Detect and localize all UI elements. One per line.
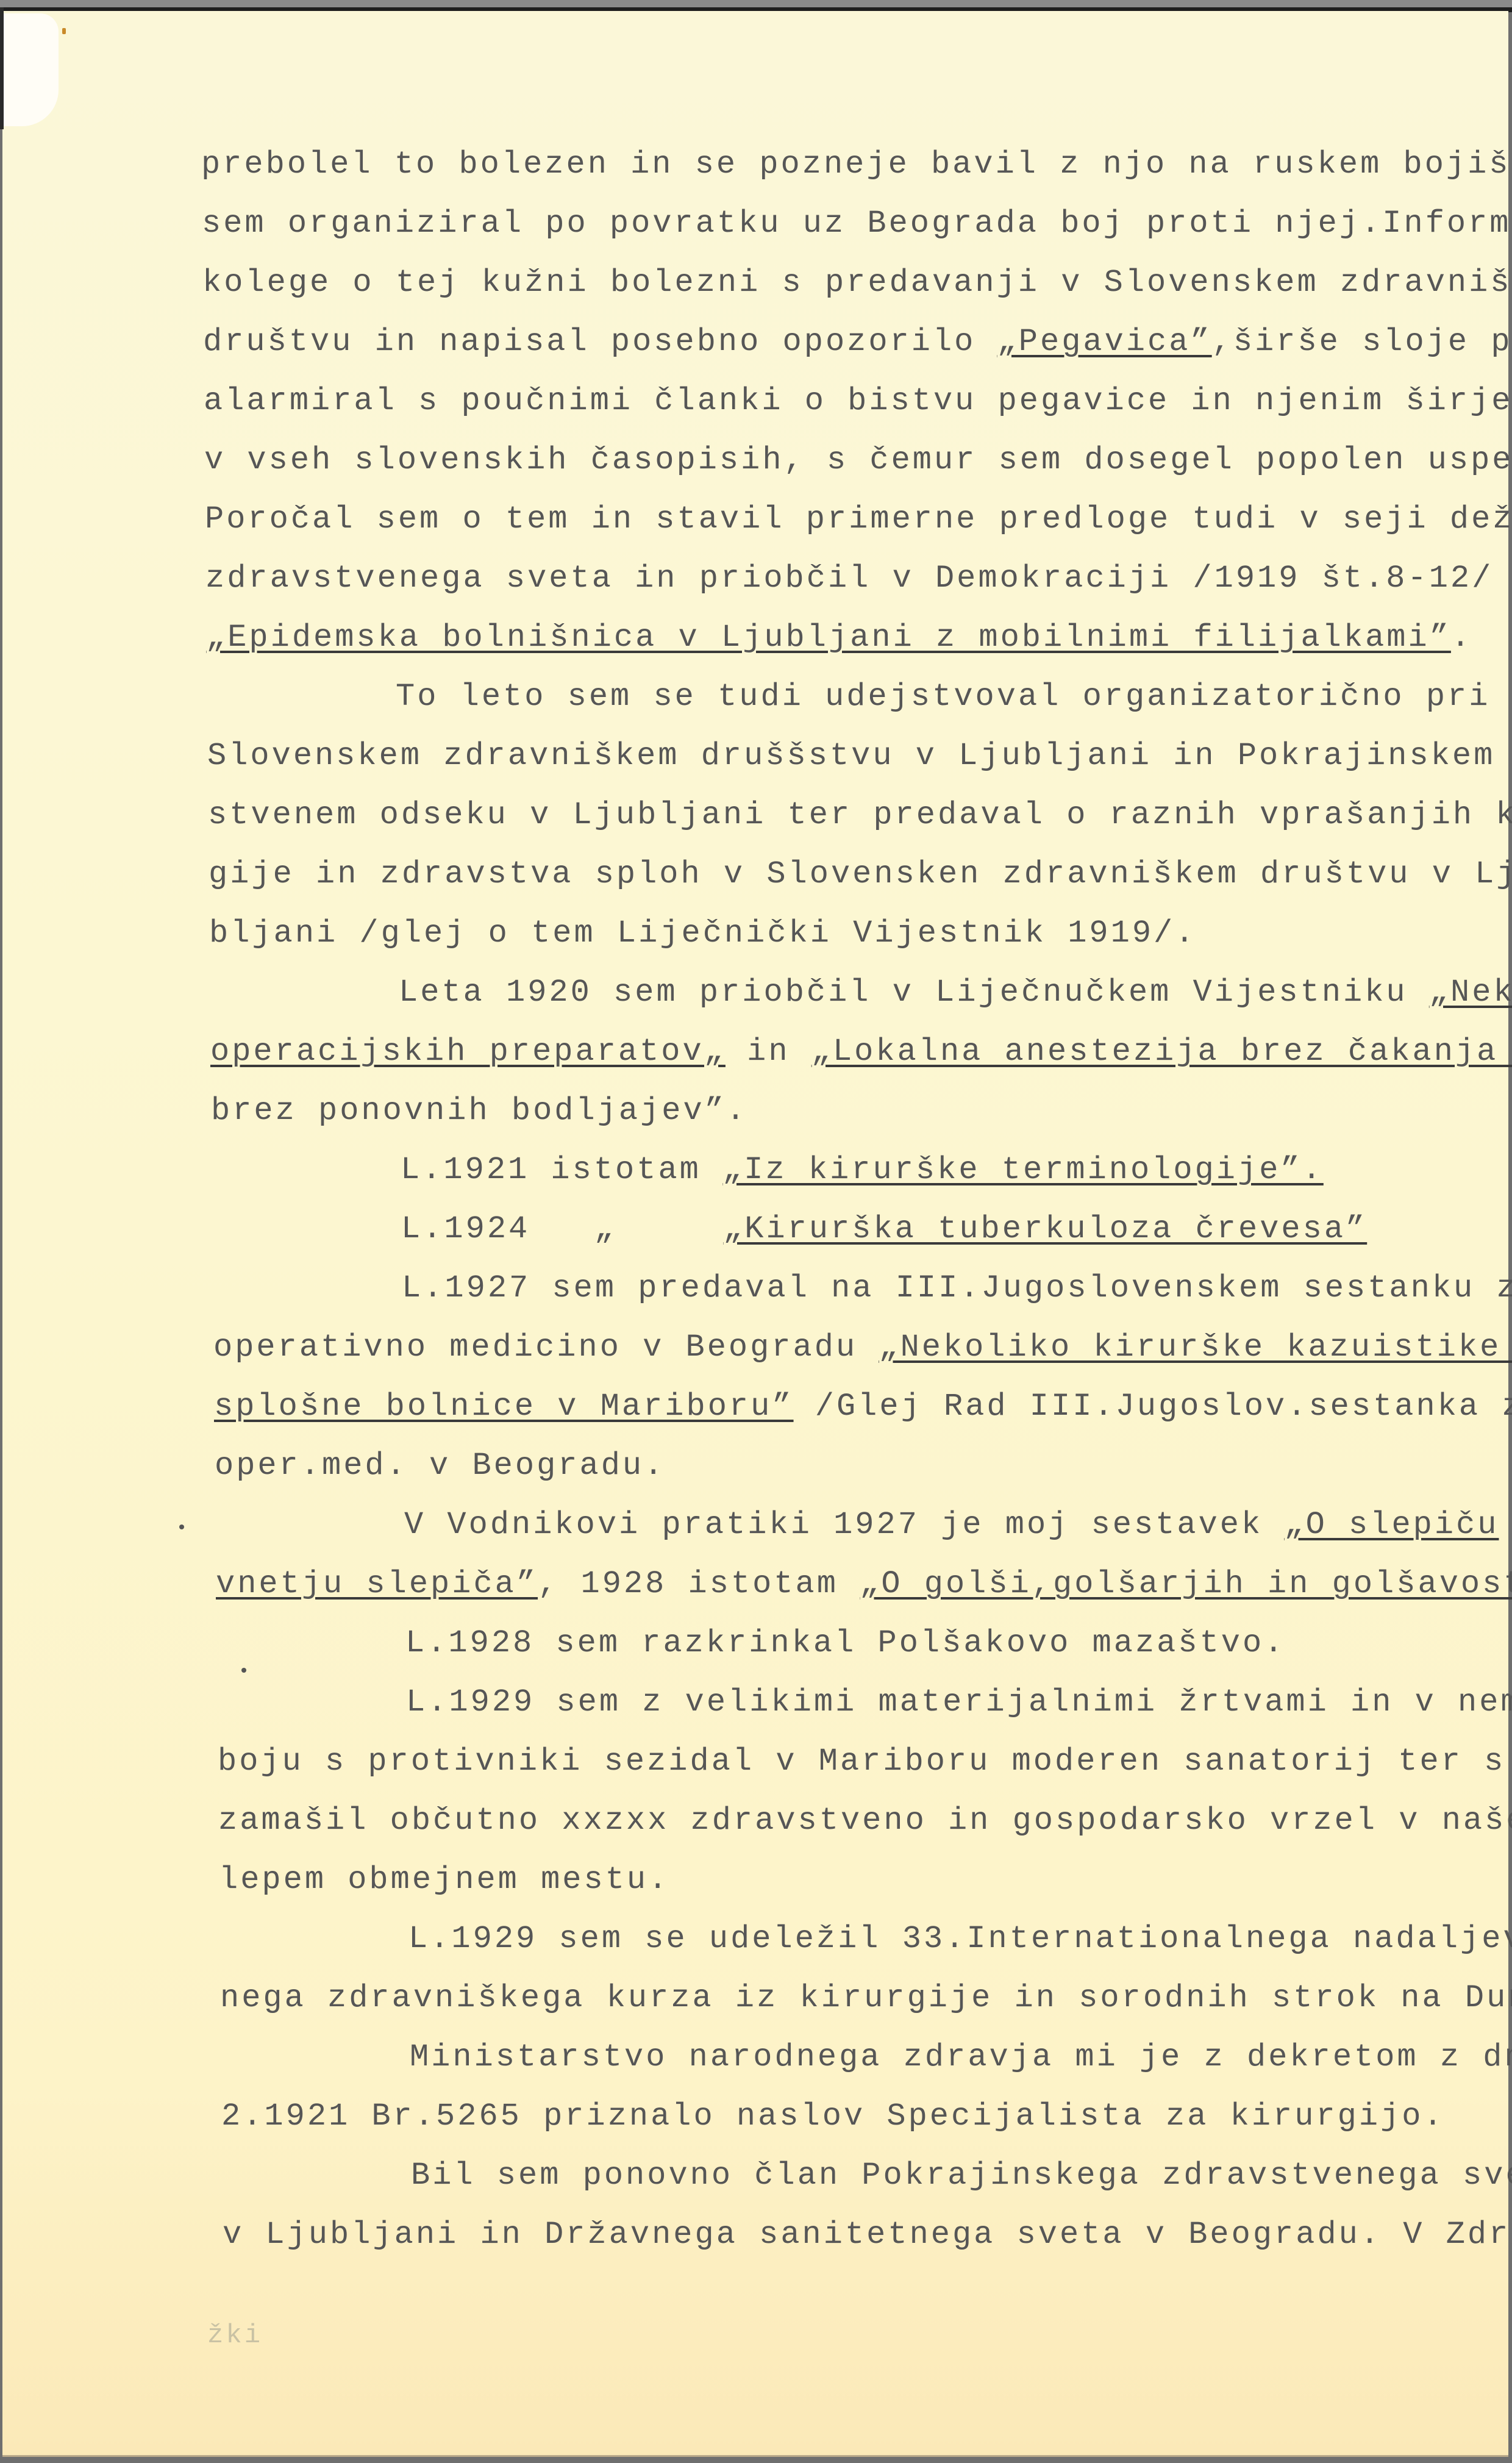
faded-continuation-text: žki <box>207 2317 263 2354</box>
text-line: V Vodnikovi pratiki 1927 je moj sestavek… <box>404 1507 1512 1543</box>
underlined-title: „Kirurška tuberkuloza črevesa” <box>723 1211 1367 1247</box>
text-segment: L.1929 sem se udeležil 33.Internationaln… <box>408 1921 1512 1957</box>
text-segment: društvu in napisal posebno opozorilo <box>203 324 997 360</box>
text-segment: operativno medicino v Beogradu <box>213 1329 879 1365</box>
text-segment: v vseh slovenskih časopisih, s čemur sem… <box>204 442 1512 478</box>
text-segment: oper.med. v Beogradu. <box>215 1448 665 1484</box>
text-line: boju s protivniki sezidal v Mariboru mod… <box>218 1743 1512 1780</box>
text-segment: sem organiziral po povratku uz Beograda … <box>202 206 1512 241</box>
text-line: sem organiziral po povratku uz Beograda … <box>202 206 1512 242</box>
text-segment: Poročal sem o tem in stavil primerne pre… <box>205 501 1512 537</box>
underlined-title: „Lokalna anestezija brez čakanja in <box>811 1034 1512 1070</box>
text-line: kolege o tej kužni bolezni s predavanji … <box>202 265 1512 301</box>
text-line: „Epidemska bolnišnica v Ljubljani z mobi… <box>206 620 1472 656</box>
text-segment: Slovenskem zdravniškem druššstvu v Ljubl… <box>207 738 1512 774</box>
text-segment: kolege o tej kužni bolezni s predavanji … <box>202 265 1512 301</box>
text-line: nega zdravniškega kurza iz kirurgije in … <box>220 1980 1512 2017</box>
underlined-title: vnetju slepiča” <box>216 1566 538 1602</box>
scanner-top-edge <box>0 0 1512 7</box>
margin-mark <box>241 1668 246 1673</box>
underlined-title: „O slepiču <box>1284 1507 1499 1543</box>
text-line: Bil sem ponovno član Pokrajinskega zdrav… <box>411 2157 1512 2194</box>
text-segment: gije in zdravstva sploh v Slovensken zdr… <box>209 856 1512 892</box>
text-segment: 2.1921 Br.5265 priznalo naslov Specijali… <box>221 2098 1445 2134</box>
text-line: 2.1921 Br.5265 priznalo naslov Specijali… <box>221 2098 1445 2135</box>
text-line: v vseh slovenskih časopisih, s čemur sem… <box>204 442 1512 479</box>
underlined-title: „Nekoliko <box>1429 974 1512 1010</box>
text-line: prebolel to bolezen in se pozneje bavil … <box>201 146 1512 183</box>
text-line: operativno medicino v Beogradu „Nekoliko… <box>213 1329 1512 1366</box>
text-segment: L.1927 sem predaval na III.Jugoslovenske… <box>402 1270 1512 1306</box>
paper-stain <box>62 28 66 34</box>
text-segment: v Ljubljani in Državnega sanitetnega sve… <box>223 2217 1512 2253</box>
text-line: L.1928 sem razkrinkal Polšakovo mazaštvo… <box>405 1625 1285 1662</box>
text-line: L.1929 sem se udeležil 33.Internationaln… <box>408 1921 1512 1957</box>
text-segment: zamašil občutno xxzxx zdravstveno in gos… <box>218 1803 1512 1839</box>
text-segment: Leta 1920 sem priobčil v Liječnučkem Vij… <box>399 974 1429 1010</box>
text-segment: in <box>1499 1507 1512 1543</box>
text-segment: boju s protivniki sezidal v Mariboru mod… <box>218 1743 1512 1779</box>
underlined-title: „O golši,golšarjih in golšavosti” <box>860 1566 1512 1602</box>
text-segment: lepem obmejnem mestu. <box>219 1862 669 1898</box>
text-segment: L.1928 sem razkrinkal Polšakovo mazaštvo… <box>405 1625 1285 1661</box>
text-line: društvu in napisal posebno opozorilo „Pe… <box>203 324 1512 360</box>
text-segment: nega zdravniškega kurza iz kirurgije in … <box>220 1980 1512 2016</box>
text-segment: , 1928 istotam <box>538 1566 860 1602</box>
text-segment: /Glej Rad III.Jugoslov.sestanka za <box>794 1389 1512 1425</box>
text-segment: L.1924 „ <box>401 1211 723 1247</box>
text-line: Slovenskem zdravniškem druššstvu v Ljubl… <box>207 738 1512 774</box>
text-line: gije in zdravstva sploh v Slovensken zdr… <box>209 856 1512 893</box>
text-segment: ,širše sloje pa <box>1212 324 1512 360</box>
text-line: lepem obmejnem mestu. <box>219 1862 669 1898</box>
text-line: stvenem odseku v Ljubljani ter predaval … <box>208 797 1512 834</box>
text-line: Poročal sem o tem in stavil primerne pre… <box>205 501 1512 538</box>
text-segment: stvenem odseku v Ljubljani ter predaval … <box>208 797 1512 833</box>
text-segment: zdravstvenega sveta in priobčil v Demokr… <box>205 560 1493 596</box>
text-segment: brez ponovnih bodljajev”. <box>211 1093 747 1129</box>
text-line: To leto sem se tudi udejstvoval organiza… <box>396 679 1490 715</box>
text-line: zamašil občutno xxzxx zdravstveno in gos… <box>218 1803 1512 1839</box>
text-line: L.1921 istotam „Iz kirurške terminologij… <box>401 1152 1324 1189</box>
margin-mark <box>179 1525 184 1529</box>
text-segment: in <box>726 1034 811 1070</box>
text-segment: . <box>1451 620 1472 656</box>
text-line: vnetju slepiča”, 1928 istotam „O golši,g… <box>216 1566 1512 1603</box>
text-segment: alarmiral s poučnimi članki o bistvu peg… <box>204 383 1512 419</box>
paper-corner-patch <box>4 13 59 126</box>
underlined-title: „Iz kirurške terminologije”. <box>722 1152 1324 1188</box>
text-line: Ministarstvo narodnega zdravja mi je z d… <box>410 2039 1512 2076</box>
underlined-title: „Nekoliko kirurške kazuistike iz <box>879 1329 1512 1365</box>
underlined-title: „Pegavica” <box>997 324 1212 360</box>
text-segment: Ministarstvo narodnega zdravja mi je z d… <box>410 2039 1512 2075</box>
text-line: splošne bolnice v Mariboru” /Glej Rad II… <box>214 1389 1512 1425</box>
text-line: bljani /glej o tem Liječnički Vijestnik … <box>209 915 1196 952</box>
text-segment: prebolel to bolezen in se pozneje bavil … <box>201 146 1512 182</box>
text-line: Leta 1920 sem priobčil v Liječnučkem Vij… <box>399 974 1512 1011</box>
text-line: oper.med. v Beogradu. <box>215 1448 665 1484</box>
text-segment: L.1929 sem z velikimi materijalnimi žrtv… <box>406 1684 1512 1720</box>
text-line: zdravstvenega sveta in priobčil v Demokr… <box>205 560 1493 597</box>
text-line: L.1924 „ „Kirurška tuberkuloza črevesa” <box>401 1211 1367 1248</box>
text-segment: To leto sem se tudi udejstvoval organiza… <box>396 679 1490 715</box>
text-line: L.1929 sem z velikimi materijalnimi žrtv… <box>406 1684 1512 1721</box>
underlined-title: „Epidemska bolnišnica v Ljubljani z mobi… <box>206 620 1451 656</box>
text-line: brez ponovnih bodljajev”. <box>211 1093 747 1129</box>
text-segment: V Vodnikovi pratiki 1927 je moj sestavek <box>404 1507 1284 1543</box>
text-line: alarmiral s poučnimi članki o bistvu peg… <box>204 383 1512 420</box>
underlined-title: splošne bolnice v Mariboru” <box>214 1389 794 1425</box>
text-line: L.1927 sem predaval na III.Jugoslovenske… <box>402 1270 1512 1307</box>
text-line: v Ljubljani in Državnega sanitetnega sve… <box>223 2217 1512 2253</box>
text-segment: bljani /glej o tem Liječnički Vijestnik … <box>209 915 1196 951</box>
text-segment: L.1921 istotam <box>401 1152 722 1188</box>
text-segment: Bil sem ponovno član Pokrajinskega zdrav… <box>411 2157 1512 2193</box>
text-line: operacijskih preparatov„ in „Lokalna ane… <box>210 1034 1512 1070</box>
underlined-title: operacijskih preparatov„ <box>210 1034 726 1070</box>
